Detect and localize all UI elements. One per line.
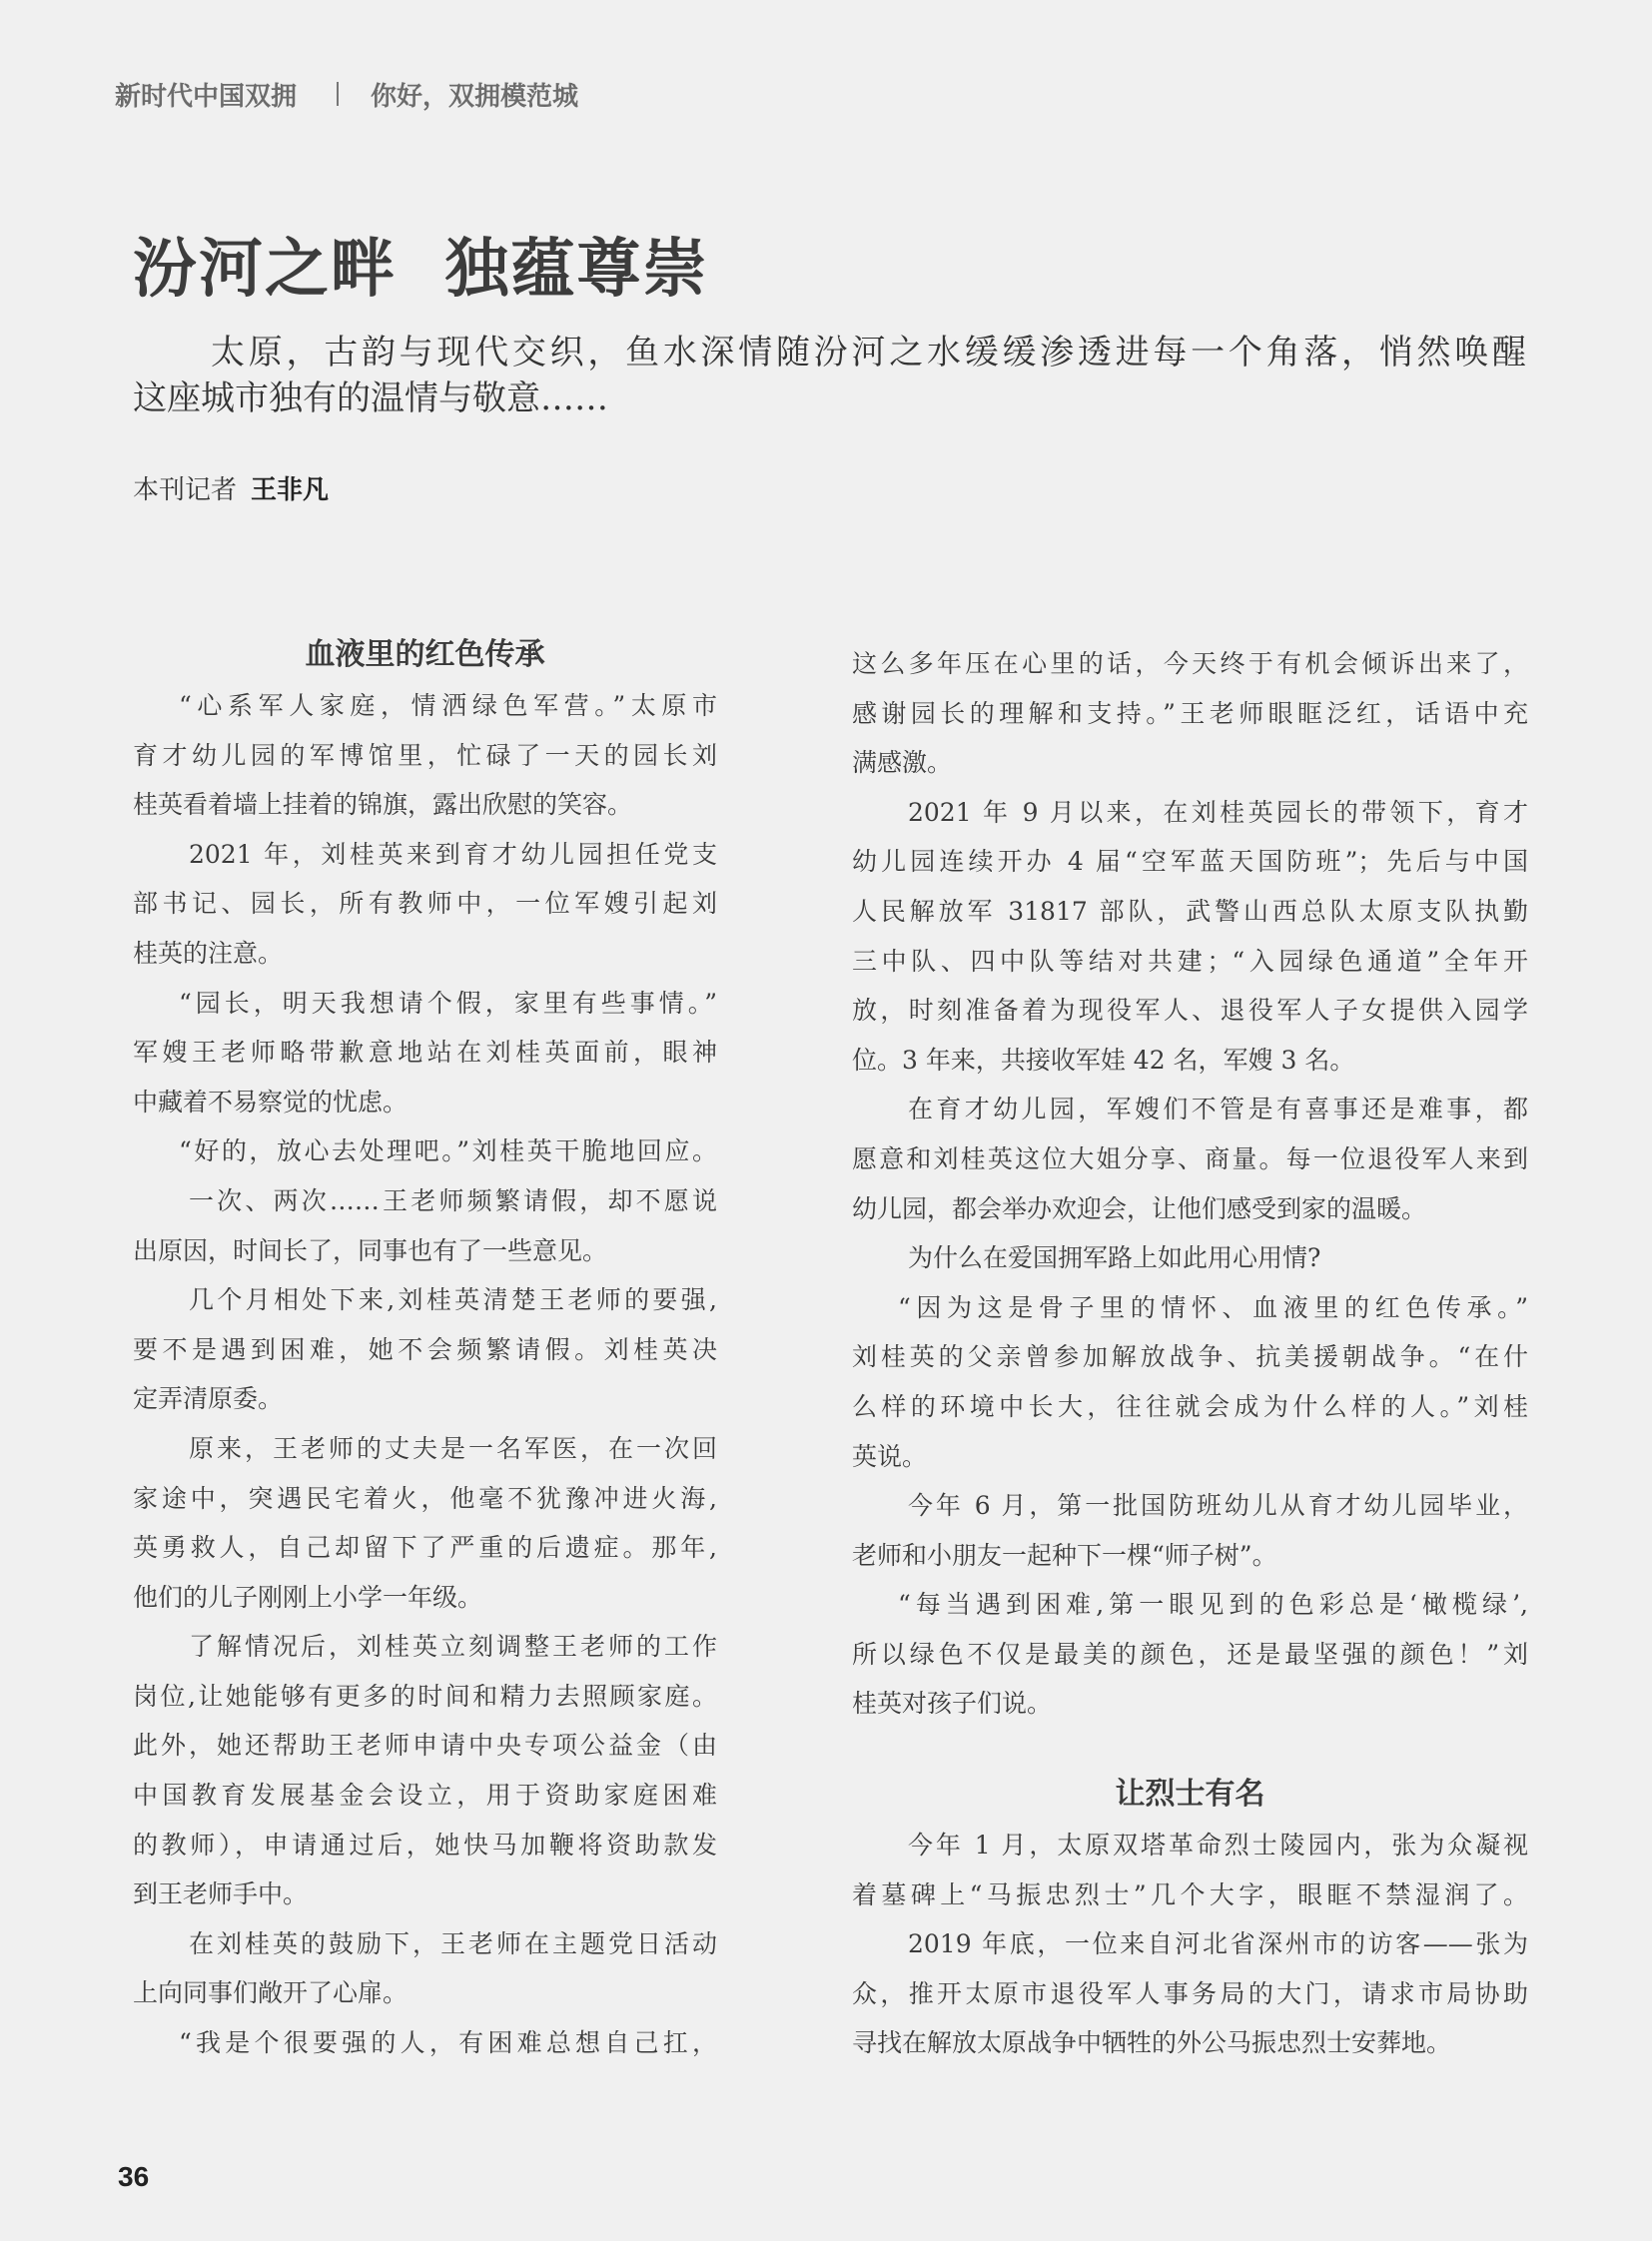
- column-2: 这么多年压在心里的话，今天终于有机会倾诉出来了， 感谢园长的理解和支持。”王老师…: [852, 639, 1528, 2068]
- text-line: 人民解放军 31817 部队，武警山西总队太原支队执勤: [852, 887, 1528, 937]
- running-head: 新时代中国双拥 你好，双拥模范城: [115, 74, 578, 114]
- byline-author: 王非凡: [251, 475, 329, 505]
- text-line: 放，时刻准备着为现役军人、退役军人子女提供入园学: [852, 986, 1528, 1036]
- byline-label: 本刊记者: [133, 475, 237, 505]
- text-line: 英勇救人，自己却留下了严重的后遗症。那年,: [133, 1523, 717, 1573]
- intro-line: 这座城市独有的温情与敬意……: [133, 375, 1526, 421]
- running-head-section: 新时代中国双拥: [115, 76, 297, 113]
- text-line: 满感激。: [852, 738, 1528, 788]
- text-line: 了解情况后，刘桂英立刻调整王老师的工作: [133, 1622, 717, 1672]
- text-line: 众，推开太原市退役军人事务局的大门，请求市局协助: [852, 1969, 1528, 2019]
- text-line: “每当遇到困难,第一眼见到的色彩总是‘橄榄绿’,: [852, 1580, 1528, 1630]
- text-line: 定弄清原委。: [133, 1374, 717, 1424]
- article-title: 汾河之畔 独蕴尊崇: [133, 218, 709, 310]
- text-line: 一次、两次……王老师频繁请假，却不愿说: [133, 1176, 717, 1226]
- section-heading: 让烈士有名: [852, 1769, 1528, 1821]
- text-line: “园长，明天我想请个假，家里有些事情。”: [133, 979, 717, 1029]
- running-head-subsection: 你好，双拥模范城: [371, 76, 578, 113]
- text-line: 幼儿园连续开办 4 届“空军蓝天国防班”；先后与中国: [852, 837, 1528, 887]
- text-line: 军嫂王老师略带歉意地站在刘桂英面前，眼神: [133, 1028, 717, 1078]
- text-line: 么样的环境中长大，往往就会成为什么样的人。”刘桂: [852, 1382, 1528, 1432]
- text-line: 三中队、四中队等结对共建；“入园绿色通道”全年开: [852, 937, 1528, 987]
- text-line: 2021 年，刘桂英来到育才幼儿园担任党支: [133, 830, 717, 880]
- text-line: 出原因，时间长了，同事也有了一些意见。: [133, 1226, 717, 1276]
- text-line: 到王老师手中。: [133, 1869, 717, 1919]
- article-intro: 太原，古韵与现代交织，鱼水深情随汾河之水缓缓渗透进每一个角落，悄然唤醒 这座城市…: [133, 330, 1526, 421]
- text-line: 原来，王老师的丈夫是一名军医，在一次回: [133, 1424, 717, 1474]
- text-line: 在育才幼儿园，军嫂们不管是有喜事还是难事，都: [852, 1085, 1528, 1134]
- text-line: “因为这是骨子里的情怀、血液里的红色传承。”: [852, 1283, 1528, 1333]
- text-line: 家途中，突遇民宅着火，他毫不犹豫冲进火海,: [133, 1474, 717, 1524]
- text-line: 刘桂英的父亲曾参加解放战争、抗美援朝战争。“在什: [852, 1332, 1528, 1382]
- text-line: 的教师），申请通过后，她快马加鞭将资助款发: [133, 1821, 717, 1870]
- text-line: 桂英对孩子们说。: [852, 1679, 1528, 1729]
- section-heading: 血液里的红色传承: [133, 629, 717, 681]
- text-line: 他们的儿子刚刚上小学一年级。: [133, 1573, 717, 1623]
- text-line: 幼儿园，都会举办欢迎会，让他们感受到家的温暖。: [852, 1184, 1528, 1234]
- byline: 本刊记者王非凡: [133, 469, 329, 506]
- text-line: 这么多年压在心里的话，今天终于有机会倾诉出来了，: [852, 639, 1528, 689]
- text-line: 老师和小朋友一起种下一棵“师子树”。: [852, 1531, 1528, 1581]
- text-line: “好的，放心去处理吧。”刘桂英干脆地回应。: [133, 1126, 717, 1176]
- running-head-divider: [337, 82, 339, 106]
- text-line: 今年 1 月，太原双塔革命烈士陵园内，张为众凝视: [852, 1821, 1528, 1870]
- column-1: 血液里的红色传承 “心系军人家庭，情洒绿色军营。”太原市 育才幼儿园的军博馆里，…: [133, 629, 717, 2068]
- text-line: 岗位,让她能够有更多的时间和精力去照顾家庭。: [133, 1672, 717, 1722]
- text-line: 2021 年 9 月以来，在刘桂英园长的带领下，育才: [852, 788, 1528, 838]
- text-line: 英说。: [852, 1432, 1528, 1482]
- text-line: 在刘桂英的鼓励下，王老师在主题党日活动: [133, 1919, 717, 1969]
- text-line: 要不是遇到困难，她不会频繁请假。刘桂英决: [133, 1325, 717, 1375]
- text-line: 此外，她还帮助王老师申请中央专项公益金（由: [133, 1721, 717, 1771]
- text-line: 桂英的注意。: [133, 929, 717, 979]
- text-line: 中国教育发展基金会设立，用于资助家庭困难: [133, 1771, 717, 1821]
- text-line: 为什么在爱国拥军路上如此用心用情?: [852, 1233, 1528, 1283]
- section-gap: [852, 1729, 1528, 1769]
- text-line: 部书记、园长，所有教师中，一位军嫂引起刘: [133, 879, 717, 929]
- text-line: 几个月相处下来,刘桂英清楚王老师的要强,: [133, 1275, 717, 1325]
- text-line: 今年 6 月，第一批国防班幼儿从育才幼儿园毕业，: [852, 1481, 1528, 1531]
- text-line: 感谢园长的理解和支持。”王老师眼眶泛红，话语中充: [852, 689, 1528, 739]
- page-number: 36: [118, 2161, 149, 2193]
- text-line: 2019 年底，一位来自河北省深州市的访客——张为: [852, 1919, 1528, 1969]
- text-line: 桂英看着墙上挂着的锦旗，露出欣慰的笑容。: [133, 780, 717, 830]
- text-line: “我是个很要强的人，有困难总想自己扛，: [133, 2018, 717, 2068]
- text-line: 着墓碑上“马振忠烈士”几个大字，眼眶不禁湿润了。: [852, 1870, 1528, 1920]
- text-line: “心系军人家庭，情洒绿色军营。”太原市: [133, 681, 717, 731]
- intro-line: 太原，古韵与现代交织，鱼水深情随汾河之水缓缓渗透进每一个角落，悄然唤醒: [133, 330, 1526, 375]
- text-line: 中藏着不易察觉的忧虑。: [133, 1078, 717, 1127]
- text-line: 上向同事们敞开了心扉。: [133, 1968, 717, 2018]
- text-line: 寻找在解放太原战争中牺牲的外公马振忠烈士安葬地。: [852, 2018, 1528, 2068]
- text-line: 育才幼儿园的军博馆里，忙碌了一天的园长刘: [133, 731, 717, 781]
- text-line: 所以绿色不仅是最美的颜色，还是最坚强的颜色！”刘: [852, 1630, 1528, 1680]
- text-line: 愿意和刘桂英这位大姐分享、商量。每一位退役军人来到: [852, 1134, 1528, 1184]
- text-line: 位。3 年来，共接收军娃 42 名，军嫂 3 名。: [852, 1036, 1528, 1086]
